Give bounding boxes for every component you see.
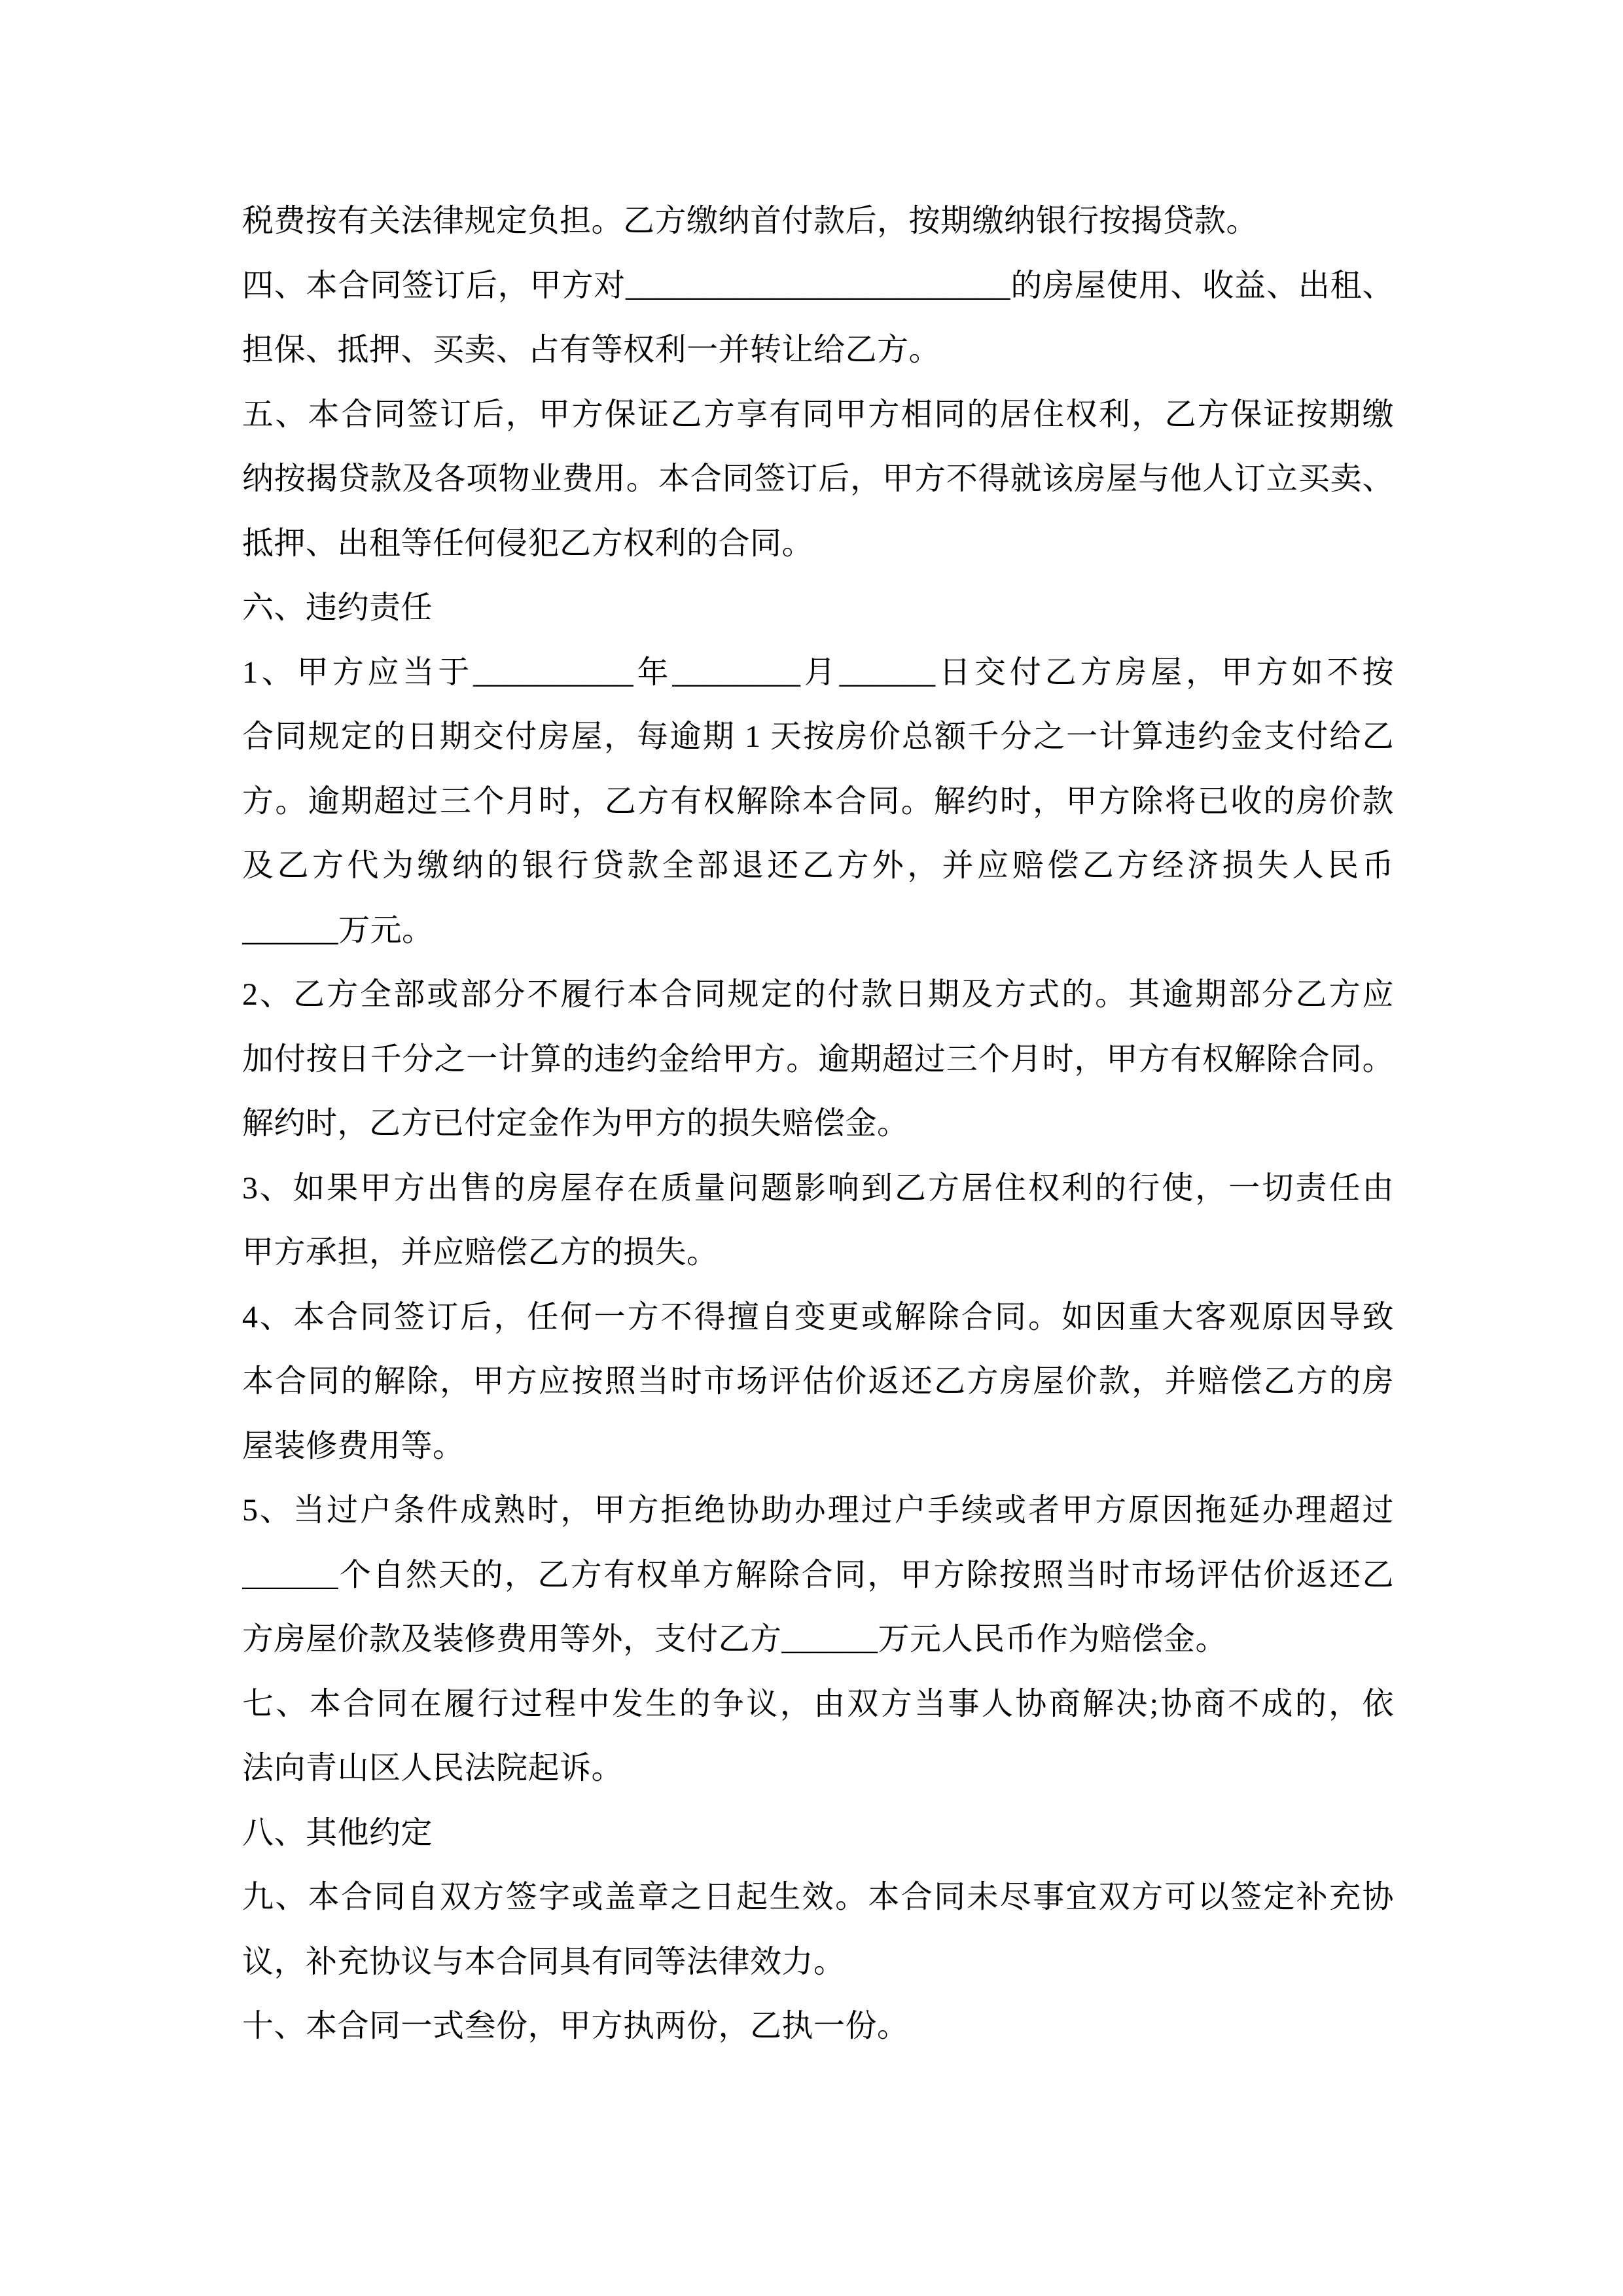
contract-line-14: 加付按日千分之一计算的违约金给甲方。逾期超过三个月时，甲方有权解除合同。 — [242, 1028, 1394, 1092]
contract-line-10: 方。逾期超过三个月时，乙方有权解除本合同。解约时，甲方除将已收的房价款 — [242, 770, 1394, 834]
contract-line-1: 税费按有关法律规定负担。乙方缴纳首付款后，按期缴纳银行按揭贷款。 — [242, 189, 1394, 254]
contract-line-28: 议，补充协议与本合同具有同等法律效力。 — [242, 1930, 1394, 1995]
contract-line-3: 担保、抵押、买卖、占有等权利一并转让给乙方。 — [242, 318, 1394, 383]
contract-line-2: 四、本合同签订后，甲方对________________________的房屋使… — [242, 254, 1394, 319]
contract-line-27: 九、本合同自双方签字或盖章之日起生效。本合同未尽事宜双方可以签定补充协 — [242, 1865, 1394, 1930]
contract-line-6: 抵押、出租等任何侵犯乙方权利的合同。 — [242, 512, 1394, 577]
contract-line-23: 方房屋价款及装修费用等外，支付乙方______万元人民币作为赔偿金。 — [242, 1607, 1394, 1672]
contract-line-19: 本合同的解除，甲方应按照当时市场评估价返还乙方房屋价款，并赔偿乙方的房 — [242, 1350, 1394, 1414]
contract-line-15: 解约时，乙方已付定金作为甲方的损失赔偿金。 — [242, 1092, 1394, 1157]
contract-line-13: 2、乙方全部或部分不履行本合同规定的付款日期及方式的。其逾期部分乙方应 — [242, 963, 1394, 1028]
contract-line-7: 六、违约责任 — [242, 576, 1394, 641]
contract-line-16: 3、如果甲方出售的房屋存在质量问题影响到乙方居住权利的行使，一切责任由 — [242, 1157, 1394, 1221]
contract-line-11: 及乙方代为缴纳的银行贷款全部退还乙方外，并应赔偿乙方经济损失人民币 — [242, 834, 1394, 899]
contract-line-20: 屋装修费用等。 — [242, 1414, 1394, 1479]
contract-line-9: 合同规定的日期交付房屋，每逾期 1 天按房价总额千分之一计算违约金支付给乙 — [242, 705, 1394, 770]
contract-line-24: 七、本合同在履行过程中发生的争议，由双方当事人协商解决;协商不成的，依 — [242, 1672, 1394, 1737]
contract-line-12: ______万元。 — [242, 899, 1394, 963]
contract-line-5: 纳按揭贷款及各项物业费用。本合同签订后，甲方不得就该房屋与他人订立买卖、 — [242, 447, 1394, 512]
contract-line-22: ______个自然天的，乙方有权单方解除合同，甲方除按照当时市场评估价返还乙 — [242, 1543, 1394, 1608]
document-page: 税费按有关法律规定负担。乙方缴纳首付款后，按期缴纳银行按揭贷款。 四、本合同签订… — [0, 0, 1623, 2296]
contract-text-block: 税费按有关法律规定负担。乙方缴纳首付款后，按期缴纳银行按揭贷款。 四、本合同签订… — [242, 189, 1394, 2059]
contract-line-8: 1、甲方应当于__________年________月______日交付乙方房屋… — [242, 641, 1394, 706]
contract-line-21: 5、当过户条件成熟时，甲方拒绝协助办理过户手续或者甲方原因拖延办理超过 — [242, 1479, 1394, 1543]
contract-line-4: 五、本合同签订后，甲方保证乙方享有同甲方相同的居住权利，乙方保证按期缴 — [242, 383, 1394, 448]
contract-line-25: 法向青山区人民法院起诉。 — [242, 1736, 1394, 1801]
contract-line-18: 4、本合同签订后，任何一方不得擅自变更或解除合同。如因重大客观原因导致 — [242, 1285, 1394, 1350]
contract-line-17: 甲方承担，并应赔偿乙方的损失。 — [242, 1221, 1394, 1285]
contract-line-26: 八、其他约定 — [242, 1801, 1394, 1866]
contract-line-29: 十、本合同一式叁份，甲方执两份，乙执一份。 — [242, 1994, 1394, 2059]
